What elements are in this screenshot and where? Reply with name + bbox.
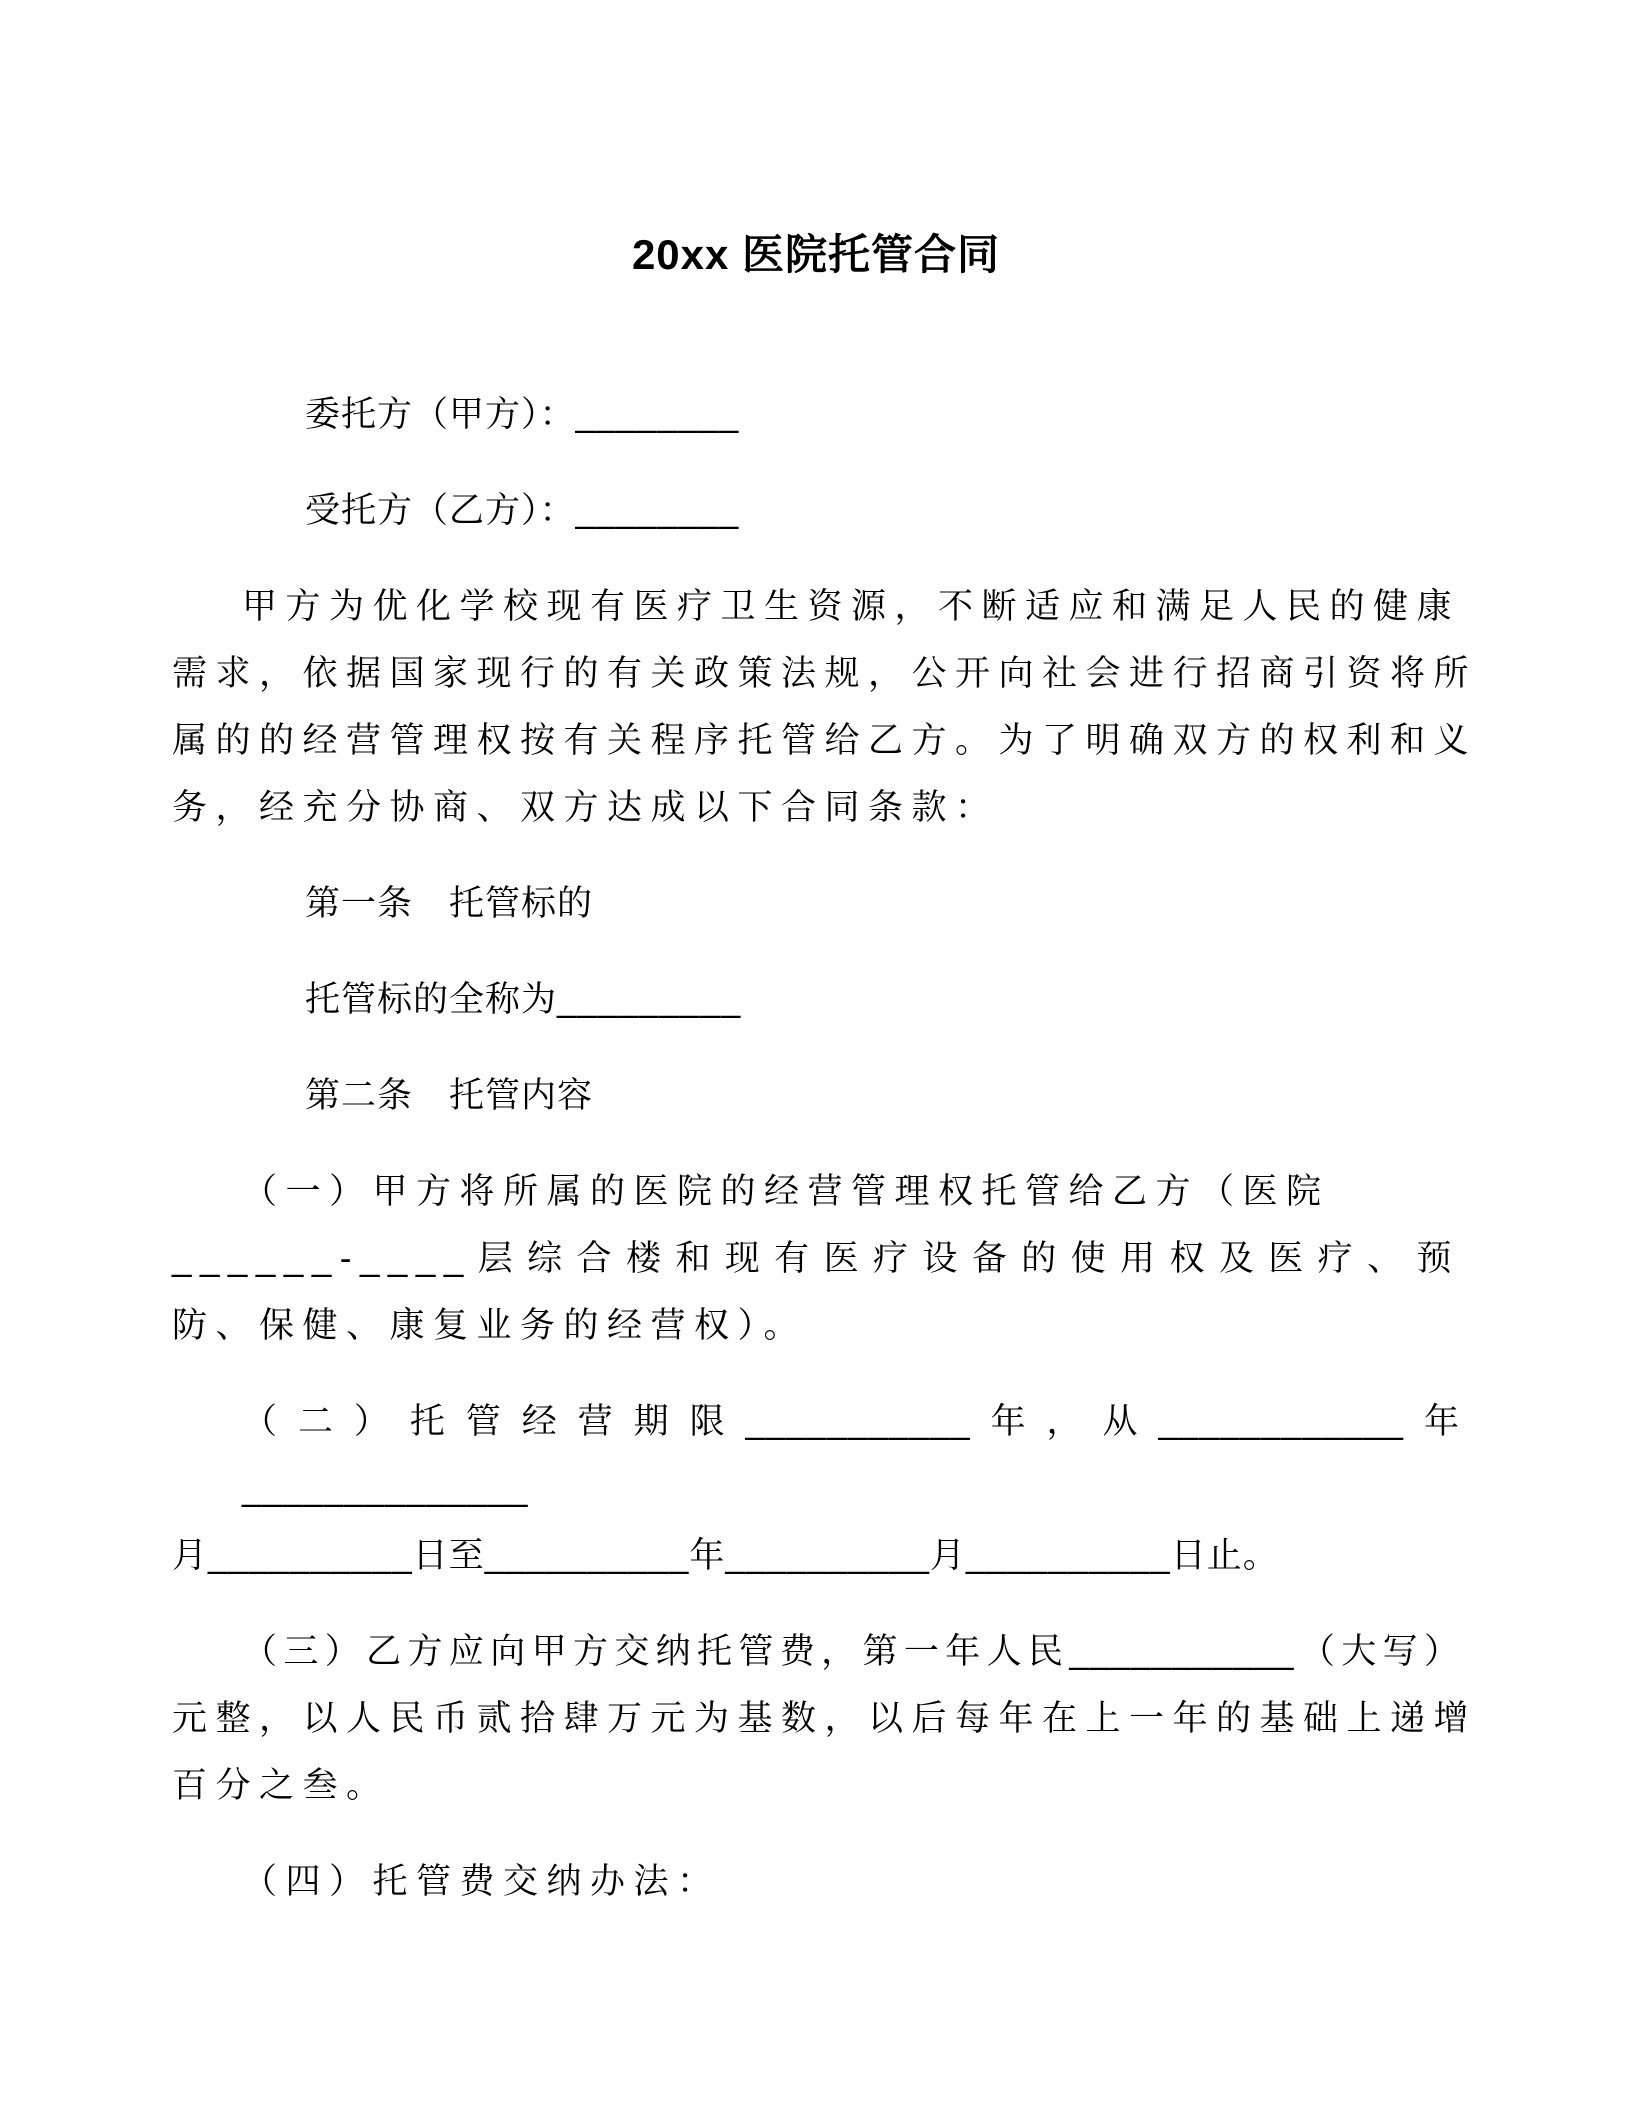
text-run: 百分之叁。 [172,1766,390,1805]
text-run: （二）托管经营期限 [242,1402,746,1441]
text-line: 委托方（甲方）：________ [172,381,1460,448]
text-line: 属的的经营管理权按有关程序托管给乙方。为了明确双方的权利和义 [172,707,1460,774]
text-run: 日止。 [1171,1536,1279,1575]
text-run: 甲方为优化学校现有医疗卫生资源，不断适应和满足人民的健康 [242,587,1460,626]
text-run: 务，经充分协商、双方达成以下合同条款： [172,788,999,827]
blank-underline: ________ [576,395,740,434]
clause-4-heading: （四）托管费交纳办法： [172,1848,1460,1915]
party-a-line: 委托方（甲方）：________ [172,381,1460,448]
document-page: 20xx 医院托管合同 委托方（甲方）：________受托方（乙方）：____… [0,0,1632,2112]
text-run: 属的的经营管理权按有关程序托管给乙方。为了明确双方的权利和义 [172,721,1477,760]
text-run: 日至 [413,1536,485,1575]
blank-underline: ___________ [1069,1632,1294,1671]
article-1-heading: 第一条 托管标的 [172,870,1460,937]
blank-underline: __________ [966,1536,1171,1575]
text-run: 受托方（乙方）： [305,491,576,530]
text-line: （四）托管费交纳办法： [172,1848,1460,1915]
blank-underline: __________ [485,1536,690,1575]
blank-underline: __________ [725,1536,930,1575]
text-line: 第一条 托管标的 [172,870,1460,937]
text-run: （三）乙方应向甲方交纳托管费，第一年人民 [242,1632,1069,1671]
article-2-heading: 第二条 托管内容 [172,1062,1460,1129]
text-line: （二）托管经营期限___________年，从____________年____… [172,1388,1460,1522]
text-line: 防、保健、康复业务的经营权）。 [172,1292,1460,1359]
blank-underline: ___________ [746,1402,971,1441]
text-run: 防、保健、康复业务的经营权）。 [172,1306,807,1345]
text-run: 委托方（甲方）： [305,395,576,434]
text-run: 月 [930,1536,966,1575]
article-1-body: 托管标的全称为_________ [172,966,1460,1033]
text-line: 百分之叁。 [172,1752,1460,1819]
text-line: 第二条 托管内容 [172,1062,1460,1129]
clause-2-paragraph: （二）托管经营期限___________年，从____________年____… [172,1388,1460,1589]
clause-3-paragraph: （三）乙方应向甲方交纳托管费，第一年人民___________（大写）元整，以人… [172,1618,1460,1819]
text-run: 年 [1404,1402,1460,1441]
text-run: 需求，依据国家现行的有关政策法规，公开向社会进行招商引资将所 [172,654,1477,693]
text-run: 年 [689,1536,725,1575]
text-run: 第一条 托管标的 [305,884,593,923]
text-line: 需求，依据国家现行的有关政策法规，公开向社会进行招商引资将所 [172,640,1460,707]
blank-underline: ______ [172,1239,340,1278]
blank-underline: ____________ [1158,1402,1404,1441]
blank-underline: ______________ [242,1469,529,1508]
text-line: （一）甲方将所属的医院的经营管理权托管给乙方（医院 [172,1158,1460,1225]
text-run: （一）甲方将所属的医院的经营管理权托管给乙方（医院 [242,1172,1330,1211]
text-run: 元整，以人民币贰拾肆万元为基数，以后每年在上一年的基础上递增 [172,1699,1477,1738]
text-run: - [340,1239,360,1278]
text-run: 年，从 [971,1402,1159,1441]
text-line: 元整，以人民币贰拾肆万元为基数，以后每年在上一年的基础上递增 [172,1685,1460,1752]
text-line: ______-____层综合楼和现有医疗设备的使用权及医疗、预 [172,1225,1460,1292]
text-line: （三）乙方应向甲方交纳托管费，第一年人民___________（大写） [172,1618,1460,1685]
text-line: 务，经充分协商、双方达成以下合同条款： [172,774,1460,841]
text-line: 月__________日至__________年__________月_____… [172,1522,1460,1589]
text-line: 托管标的全称为_________ [172,966,1460,1033]
blank-underline: ____ [360,1239,472,1278]
text-run: 托管标的全称为 [305,980,557,1019]
document-title: 20xx 医院托管合同 [172,225,1460,285]
text-run: 第二条 托管内容 [305,1076,593,1115]
preamble-paragraph: 甲方为优化学校现有医疗卫生资源，不断适应和满足人民的健康需求，依据国家现行的有关… [172,573,1460,841]
text-run: （四）托管费交纳办法： [242,1862,721,1901]
text-run: 层综合楼和现有医疗设备的使用权及医疗、预 [472,1239,1460,1278]
blank-underline: ________ [576,491,740,530]
blank-underline: _________ [557,980,741,1019]
text-line: 甲方为优化学校现有医疗卫生资源，不断适应和满足人民的健康 [172,573,1460,640]
text-run: 月 [172,1536,208,1575]
clause-1-paragraph: （一）甲方将所属的医院的经营管理权托管给乙方（医院______-____层综合楼… [172,1158,1460,1359]
party-b-line: 受托方（乙方）：________ [172,477,1460,544]
blank-underline: __________ [208,1536,413,1575]
text-line: 受托方（乙方）：________ [172,477,1460,544]
document-body: 委托方（甲方）：________受托方（乙方）：________甲方为优化学校现… [172,381,1460,1915]
text-run: （大写） [1295,1632,1460,1671]
